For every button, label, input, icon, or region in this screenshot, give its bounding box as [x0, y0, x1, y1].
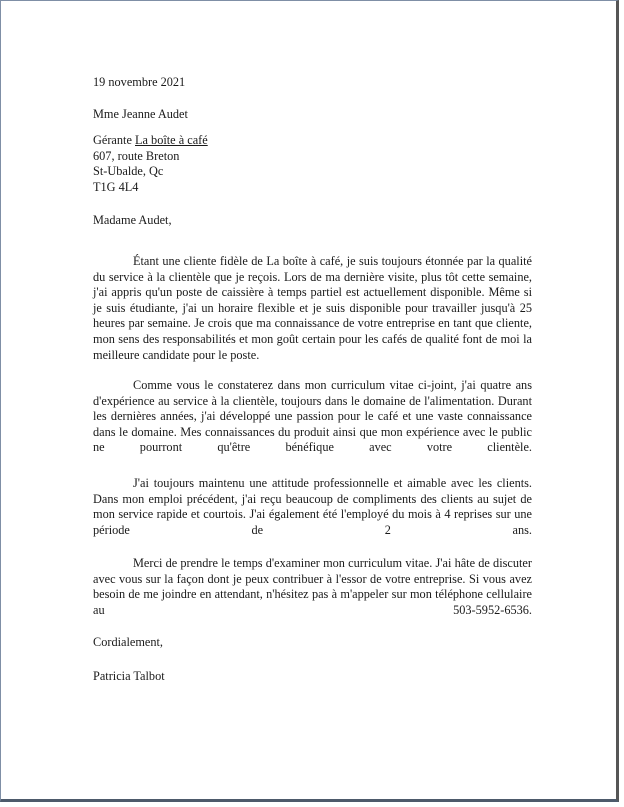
body-paragraph: Comme vous le constaterez dans mon curri… — [93, 378, 532, 456]
salutation: Madame Audet, — [93, 213, 532, 229]
recipient-title: Gérante — [93, 133, 132, 147]
address-city: St-Ubalde, Qc — [93, 164, 532, 180]
closing: Cordialement, — [93, 635, 532, 651]
recipient-address: Gérante La boîte à café 607, route Breto… — [93, 133, 532, 195]
signature: Patricia Talbot — [93, 669, 532, 685]
body-paragraph: Merci de prendre le temps d'examiner mon… — [93, 556, 532, 618]
body-paragraph: Étant une cliente fidèle de La boîte à c… — [93, 254, 532, 363]
address-street: 607, route Breton — [93, 149, 532, 165]
company-name: La boîte à café — [135, 133, 208, 147]
document-page: 19 novembre 2021 Mme Jeanne Audet Gérant… — [0, 0, 619, 802]
address-title-line: Gérante La boîte à café — [93, 133, 532, 149]
recipient-name: Mme Jeanne Audet — [93, 107, 532, 123]
body-paragraph: J'ai toujours maintenu une attitude prof… — [93, 476, 532, 538]
address-postal-code: T1G 4L4 — [93, 180, 532, 196]
letter-date: 19 novembre 2021 — [93, 75, 532, 91]
